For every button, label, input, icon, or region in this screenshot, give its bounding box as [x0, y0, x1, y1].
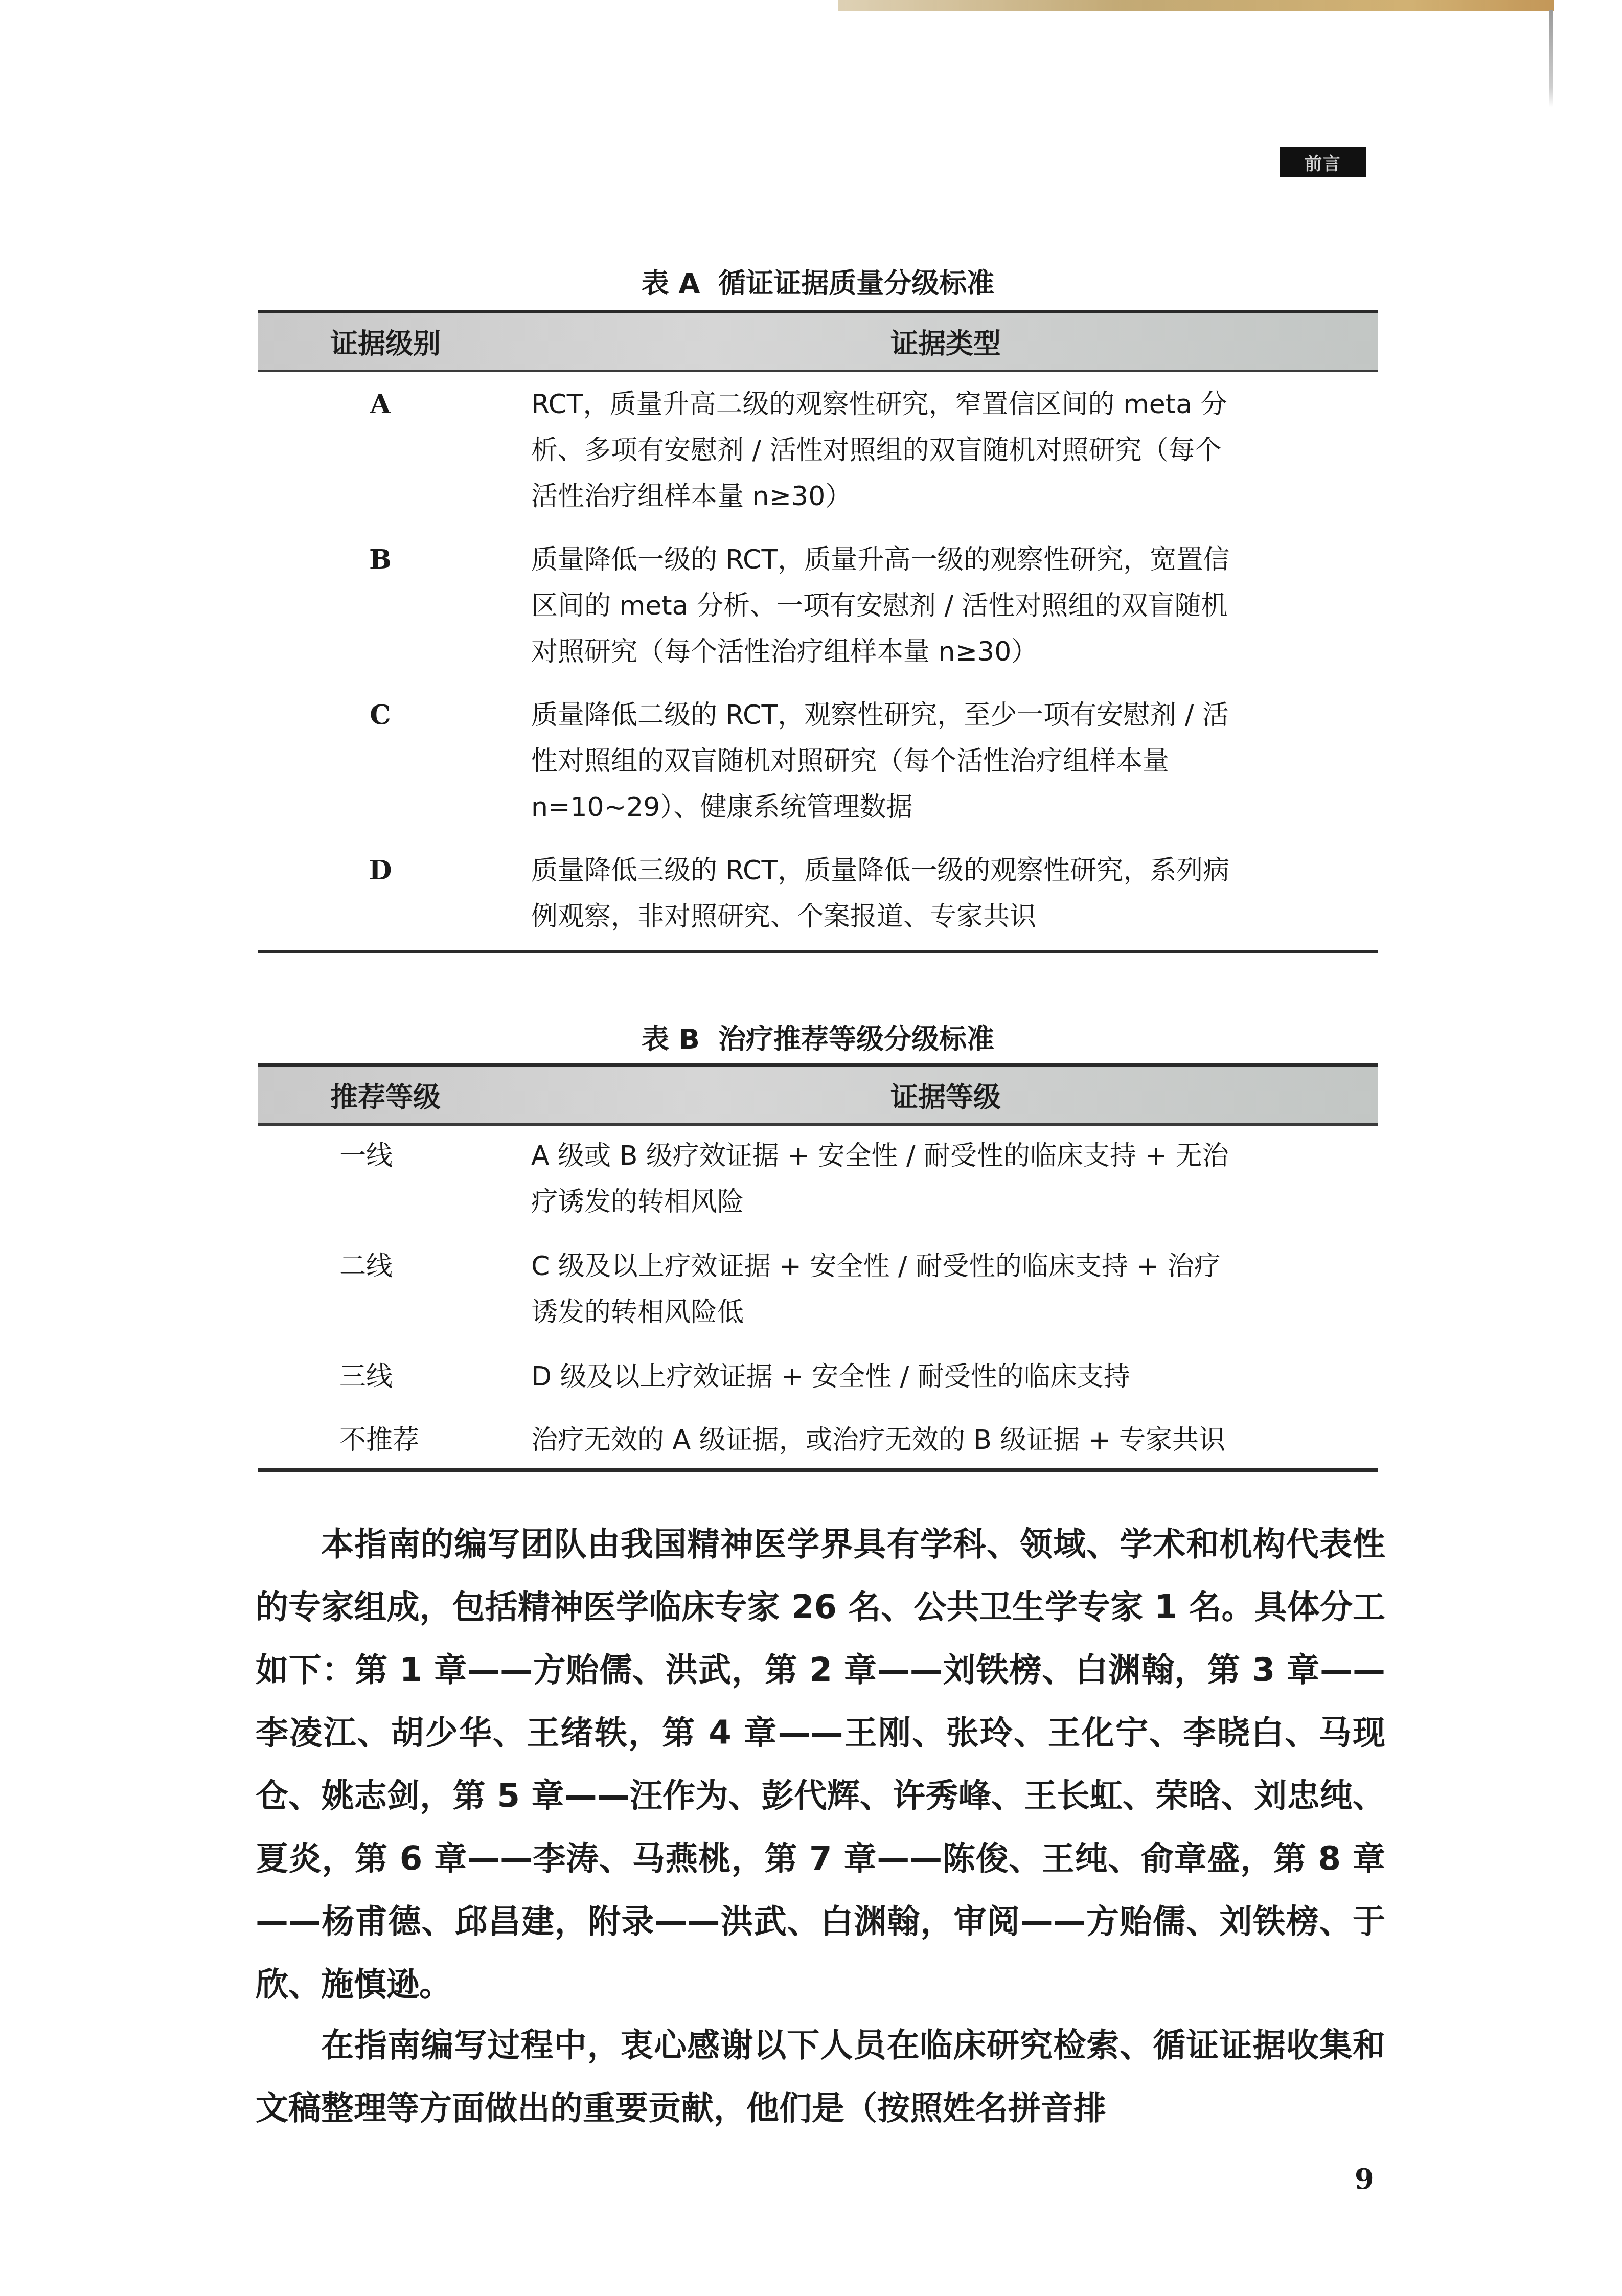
page-number: 9: [1355, 2163, 1374, 2195]
table-b-col-recommendation: 推荐等级: [258, 1076, 513, 1115]
table-b-row: 不推荐 治疗无效的 A 级证据，或治疗无效的 B 级证据 + 专家共识: [258, 1417, 1378, 1463]
table-a-col-level: 证据级别: [258, 322, 513, 361]
row-description: 治疗无效的 A 级证据，或治疗无效的 B 级证据 + 专家共识: [503, 1417, 1378, 1463]
book-top-edge: [838, 0, 1554, 11]
page-edge-shadow: [1549, 10, 1553, 107]
table-a-number: 表 A: [642, 267, 700, 300]
row-level: A: [258, 381, 503, 519]
row-description: 质量降低三级的 RCT，质量降低一级的观察性研究，系列病 例观察，非对照研究、个…: [503, 848, 1378, 940]
body-paragraph-acknowledgements: 在指南编写过程中，衷心感谢以下人员在临床研究检索、循证证据收集和文稿整理等方面做…: [256, 2014, 1385, 2140]
table-a-row: C 质量降低二级的 RCT，观察性研究，至少一项有安慰剂 / 活 性对照组的双盲…: [258, 692, 1378, 830]
table-a-row: B 质量降低一级的 RCT，质量升高一级的观察性研究，宽置信 区间的 meta …: [258, 537, 1378, 675]
table-b-caption: 表 B治疗推荐等级分级标准: [256, 1017, 1380, 1057]
table-a-caption: 表 A循证证据质量分级标准: [256, 262, 1380, 301]
body-paragraph-authors: 本指南的编写团队由我国精神医学界具有学科、领域、学术和机构代表性的专家组成，包括…: [256, 1513, 1385, 2016]
table-b-title: 治疗推荐等级分级标准: [718, 1023, 994, 1055]
table-a-title: 循证证据质量分级标准: [718, 267, 994, 300]
section-tag: 前言: [1280, 147, 1366, 177]
row-description: 质量降低二级的 RCT，观察性研究，至少一项有安慰剂 / 活 性对照组的双盲随机…: [503, 692, 1378, 830]
row-level: C: [258, 692, 503, 830]
table-b-header: 推荐等级 证据等级: [258, 1063, 1378, 1126]
row-level: 三线: [258, 1354, 503, 1400]
table-b-col-evidence: 证据等级: [513, 1076, 1378, 1115]
row-description: D 级及以上疗效证据 + 安全性 / 耐受性的临床支持: [503, 1354, 1378, 1400]
table-b-row: 三线 D 级及以上疗效证据 + 安全性 / 耐受性的临床支持: [258, 1354, 1378, 1400]
row-level: B: [258, 537, 503, 675]
row-level: 二线: [258, 1243, 503, 1335]
table-a-header: 证据级别 证据类型: [258, 310, 1378, 372]
row-description: C 级及以上疗效证据 + 安全性 / 耐受性的临床支持 + 治疗 诱发的转相风险…: [503, 1243, 1378, 1335]
table-b-row: 二线 C 级及以上疗效证据 + 安全性 / 耐受性的临床支持 + 治疗 诱发的转…: [258, 1243, 1378, 1335]
row-level: D: [258, 848, 503, 940]
row-level: 不推荐: [258, 1417, 503, 1463]
row-description: 质量降低一级的 RCT，质量升高一级的观察性研究，宽置信 区间的 meta 分析…: [503, 537, 1378, 675]
table-a-row: A RCT，质量升高二级的观察性研究，窄置信区间的 meta 分 析、多项有安慰…: [258, 381, 1378, 519]
row-description: A 级或 B 级疗效证据 + 安全性 / 耐受性的临床支持 + 无治 疗诱发的转…: [503, 1133, 1378, 1225]
table-a-col-type: 证据类型: [513, 322, 1378, 361]
table-b-row: 一线 A 级或 B 级疗效证据 + 安全性 / 耐受性的临床支持 + 无治 疗诱…: [258, 1133, 1378, 1225]
table-a: 证据级别 证据类型 A RCT，质量升高二级的观察性研究，窄置信区间的 meta…: [258, 310, 1378, 953]
table-b-number: 表 B: [642, 1023, 700, 1055]
table-b: 推荐等级 证据等级 一线 A 级或 B 级疗效证据 + 安全性 / 耐受性的临床…: [258, 1063, 1378, 1472]
table-a-row: D 质量降低三级的 RCT，质量降低一级的观察性研究，系列病 例观察，非对照研究…: [258, 848, 1378, 940]
row-level: 一线: [258, 1133, 503, 1225]
row-description: RCT，质量升高二级的观察性研究，窄置信区间的 meta 分 析、多项有安慰剂 …: [503, 381, 1378, 519]
